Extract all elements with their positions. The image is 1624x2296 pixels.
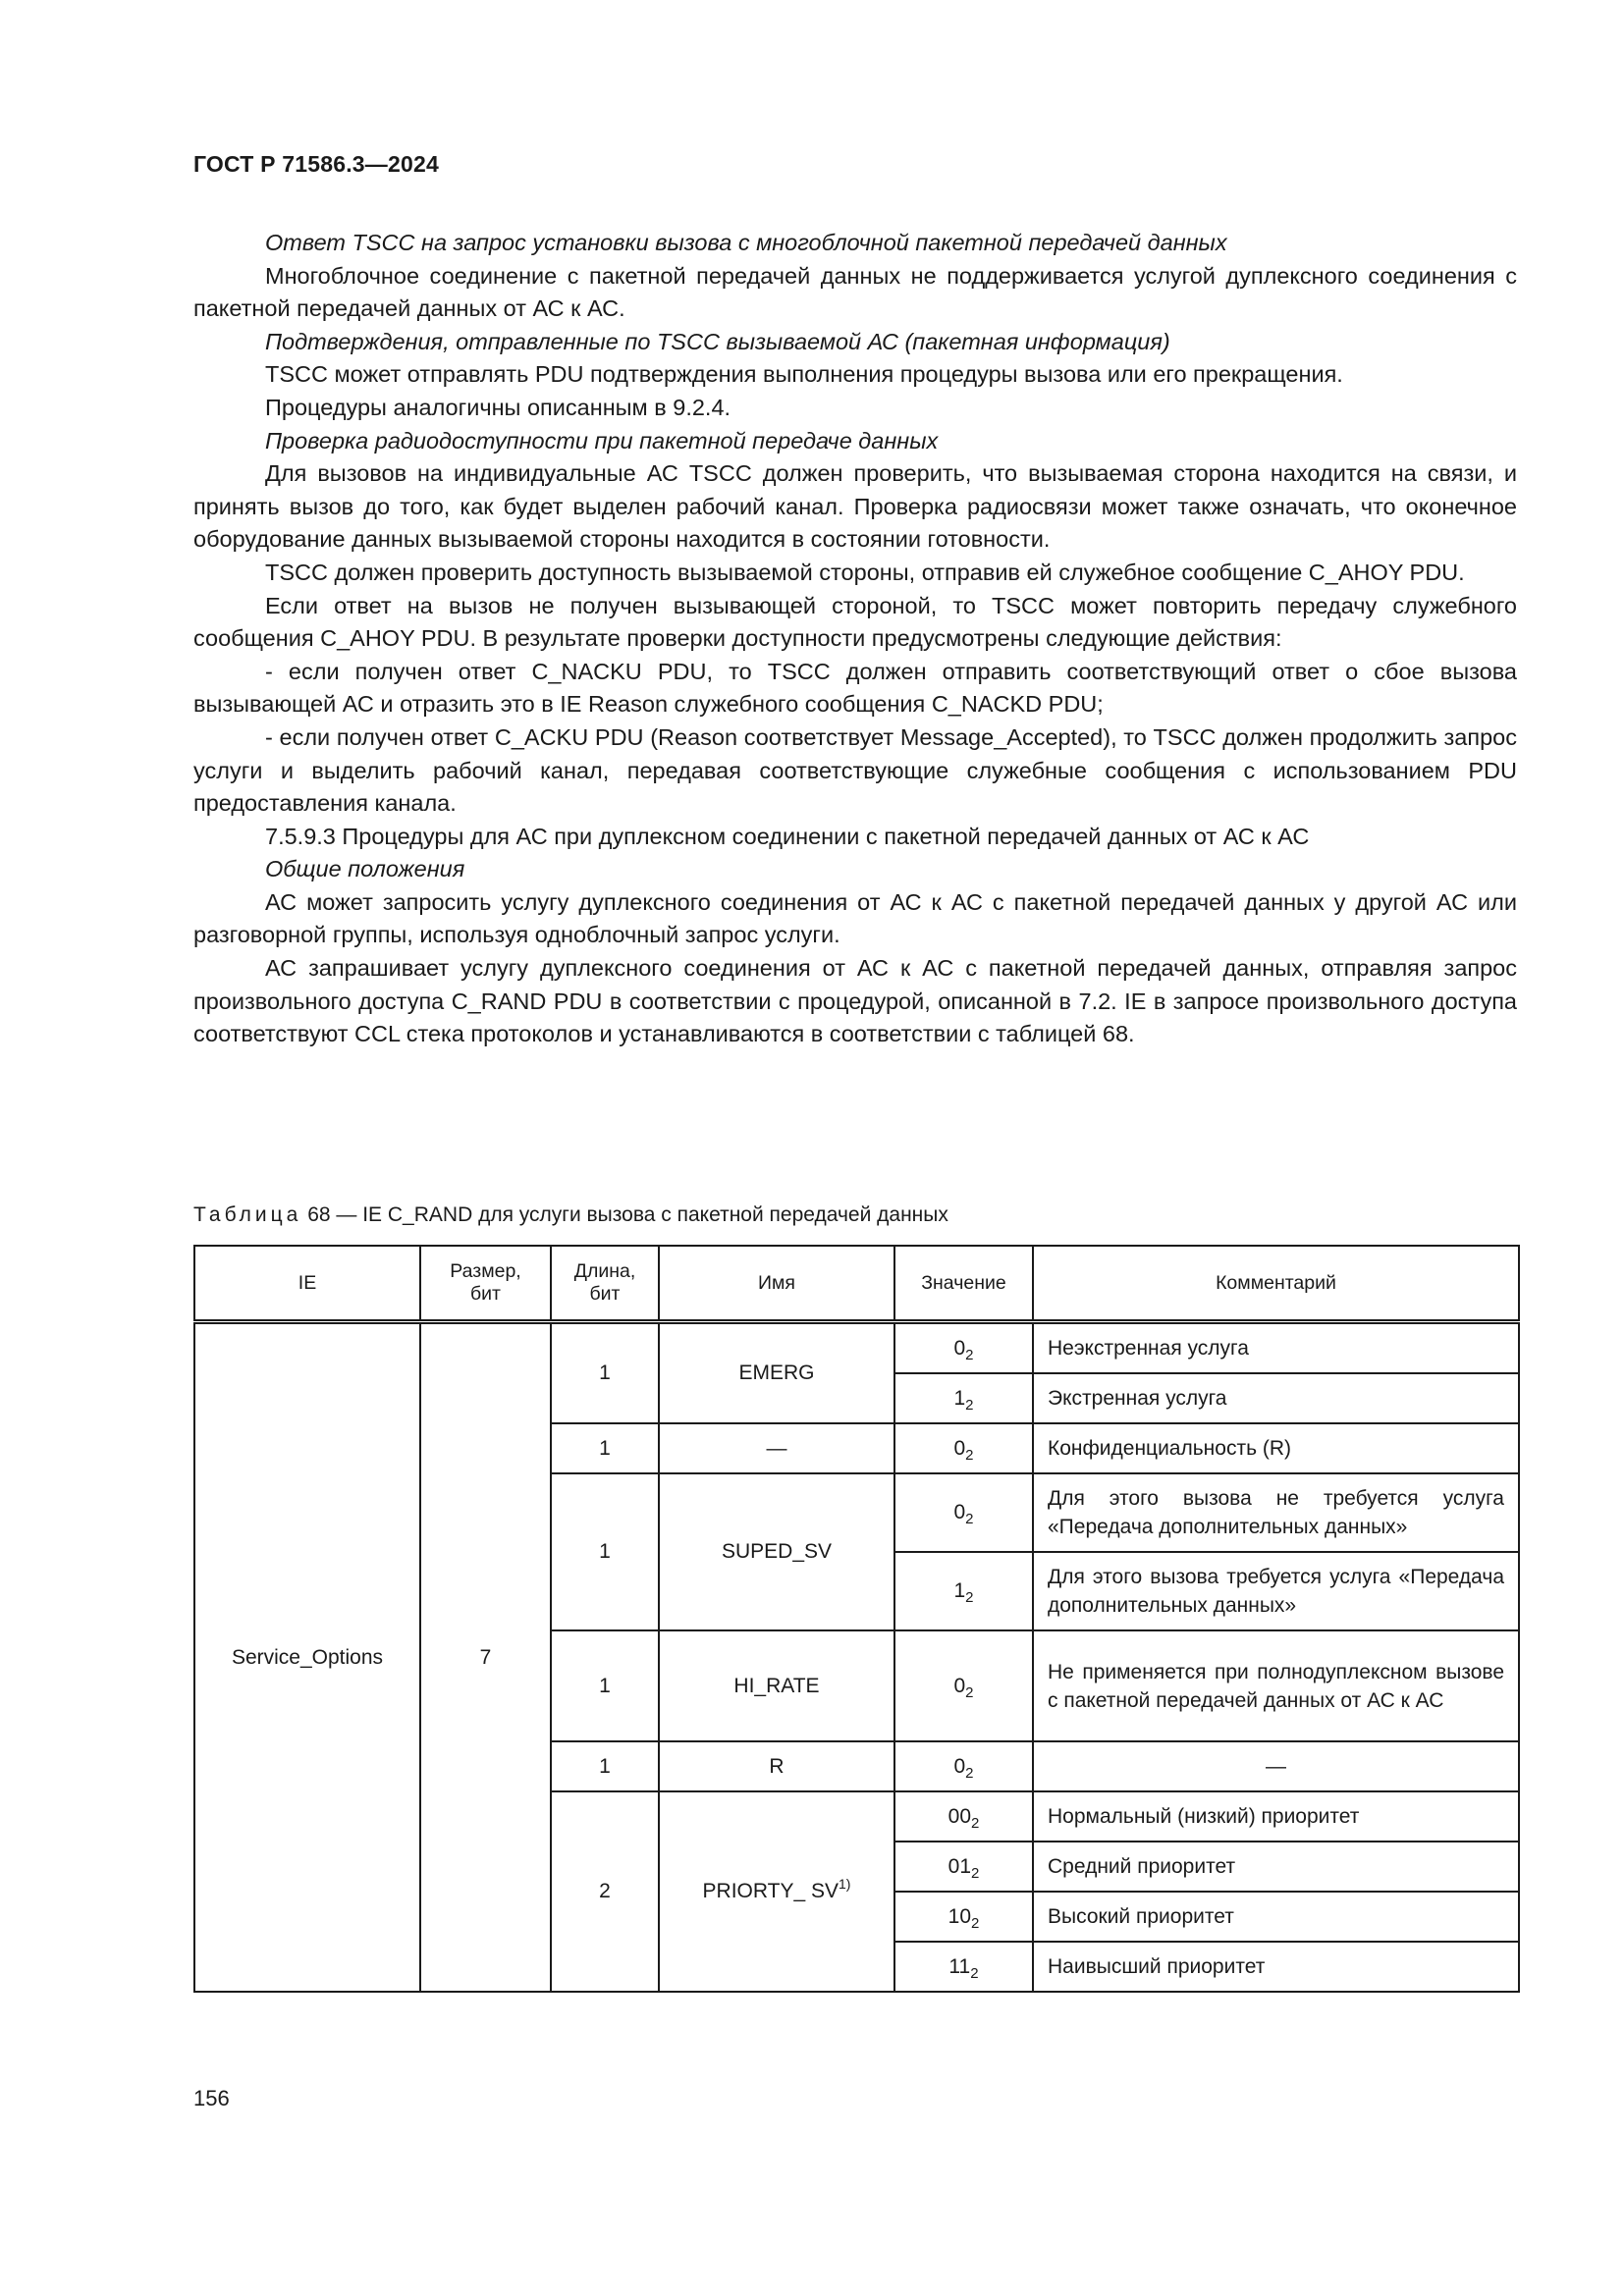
cell-ie-name: Service_Options [194, 1322, 420, 1993]
cell-comment: Не применяется при полнодуплексном вызов… [1033, 1630, 1519, 1741]
body-paragraph: АС может запросить услугу дуплексного со… [193, 886, 1517, 952]
header-comment: Комментарий [1033, 1246, 1519, 1322]
table-caption-label: Таблица [193, 1203, 301, 1226]
table-caption-text: 68 — IE C_RAND для услуги вызова с пакет… [307, 1203, 948, 1226]
value-base: 2 [965, 1684, 973, 1701]
cell-comment: Экстренная услуга [1033, 1373, 1519, 1423]
table-68: IE Размер, бит Длина, бит Имя Значение К… [193, 1245, 1520, 1993]
cell-comment: Для этого вызова требуется услуга «Перед… [1033, 1552, 1519, 1630]
header-size: Размер, бит [420, 1246, 551, 1322]
value-digits: 0 [953, 1675, 965, 1697]
value-base: 2 [965, 1447, 973, 1464]
body-text: Ответ TSCC на запрос установки вызова с … [193, 227, 1517, 1051]
value-digits: 0 [953, 1501, 965, 1523]
cell-value: 12 [894, 1552, 1033, 1630]
body-paragraph: - если получен ответ C_ACKU PDU (Reason … [193, 721, 1517, 821]
cell-field-name: SUPED_SV [659, 1473, 894, 1630]
value-digits: 00 [948, 1805, 971, 1828]
cell-value: 02 [894, 1630, 1033, 1741]
value-base: 2 [965, 1765, 973, 1782]
cell-ie-size: 7 [420, 1322, 551, 1993]
value-digits: 0 [953, 1337, 965, 1360]
cell-length: 1 [551, 1423, 659, 1473]
cell-comment: Средний приоритет [1033, 1842, 1519, 1892]
header-name: Имя [659, 1246, 894, 1322]
table-header-row: IE Размер, бит Длина, бит Имя Значение К… [194, 1246, 1519, 1322]
body-paragraph: TSCC может отправлять PDU подтверждения … [193, 358, 1517, 392]
cell-length: 2 [551, 1791, 659, 1992]
header-ie: IE [194, 1246, 420, 1322]
cell-value: 102 [894, 1892, 1033, 1942]
field-name-text: SUPED_SV [722, 1540, 832, 1563]
value-base: 2 [971, 1815, 979, 1832]
value-digits: 0 [953, 1755, 965, 1778]
value-digits: 0 [953, 1437, 965, 1460]
cell-field-name: PRIORTY_ SV1) [659, 1791, 894, 1992]
value-base: 2 [965, 1397, 973, 1414]
cell-comment: Высокий приоритет [1033, 1892, 1519, 1942]
header-value: Значение [894, 1246, 1033, 1322]
body-paragraph: TSCC должен проверить доступность вызыва… [193, 557, 1517, 590]
field-name-text: HI_RATE [733, 1675, 819, 1697]
cell-field-name: EMERG [659, 1322, 894, 1424]
subheading-paragraph: Подтверждения, отправленные по TSCC вызы… [193, 326, 1517, 359]
page-number: 156 [193, 2086, 230, 2111]
table-caption: Таблица 68 — IE C_RAND для услуги вызова… [193, 1203, 948, 1227]
body-paragraph: - если получен ответ C_NACKU PDU, то TSC… [193, 656, 1517, 721]
cell-value: 02 [894, 1423, 1033, 1473]
cell-value: 012 [894, 1842, 1033, 1892]
header-length: Длина, бит [551, 1246, 659, 1322]
cell-comment: Для этого вызова не требуется услуга «Пе… [1033, 1473, 1519, 1552]
value-base: 2 [965, 1589, 973, 1606]
cell-value: 02 [894, 1322, 1033, 1374]
value-base: 2 [971, 1915, 979, 1932]
value-digits: 1 [953, 1387, 965, 1410]
cell-length: 1 [551, 1741, 659, 1791]
cell-length: 1 [551, 1473, 659, 1630]
value-digits: 10 [948, 1905, 971, 1928]
body-paragraph: Многоблочное соединение с пакетной перед… [193, 260, 1517, 326]
subheading-paragraph: Ответ TSCC на запрос установки вызова с … [193, 227, 1517, 260]
cell-length: 1 [551, 1322, 659, 1424]
cell-value: 12 [894, 1373, 1033, 1423]
document-code-header: ГОСТ Р 71586.3—2024 [193, 151, 439, 178]
field-name-text: PRIORTY_ SV [703, 1880, 839, 1902]
cell-value: 112 [894, 1942, 1033, 1992]
cell-value: 02 [894, 1741, 1033, 1791]
cell-value: 002 [894, 1791, 1033, 1842]
value-base: 2 [971, 1865, 979, 1882]
cell-comment: — [1033, 1741, 1519, 1791]
cell-value: 02 [894, 1473, 1033, 1552]
body-paragraph: АС запрашивает услугу дуплексного соедин… [193, 952, 1517, 1051]
cell-field-name: — [659, 1423, 894, 1473]
field-name-text: R [769, 1755, 784, 1778]
cell-comment: Наивысший приоритет [1033, 1942, 1519, 1992]
subheading-paragraph: Общие положения [193, 853, 1517, 886]
cell-field-name: HI_RATE [659, 1630, 894, 1741]
body-paragraph: 7.5.9.3 Процедуры для АС при дуплексном … [193, 821, 1517, 854]
cell-comment: Нормальный (низкий) приоритет [1033, 1791, 1519, 1842]
field-name-text: EMERG [738, 1362, 814, 1384]
value-digits: 1 [953, 1579, 965, 1602]
body-paragraph: Для вызовов на индивидуальные АС TSCC до… [193, 457, 1517, 557]
value-base: 2 [965, 1511, 973, 1527]
cell-comment: Конфиденциальность (R) [1033, 1423, 1519, 1473]
footnote-marker: 1) [839, 1876, 850, 1892]
table-row: Service_Options71EMERG02Неэкстренная усл… [194, 1322, 1519, 1374]
value-base: 2 [965, 1347, 973, 1363]
cell-field-name: R [659, 1741, 894, 1791]
body-paragraph: Процедуры аналогичны описанным в 9.2.4. [193, 392, 1517, 425]
subheading-paragraph: Проверка радиодоступности при пакетной п… [193, 425, 1517, 458]
value-base: 2 [970, 1965, 978, 1982]
cell-comment: Неэкстренная услуга [1033, 1322, 1519, 1374]
value-digits: 11 [948, 1955, 970, 1978]
value-digits: 01 [948, 1855, 971, 1878]
cell-length: 1 [551, 1630, 659, 1741]
field-name-text: — [767, 1437, 787, 1460]
body-paragraph: Если ответ на вызов не получен вызывающе… [193, 590, 1517, 656]
